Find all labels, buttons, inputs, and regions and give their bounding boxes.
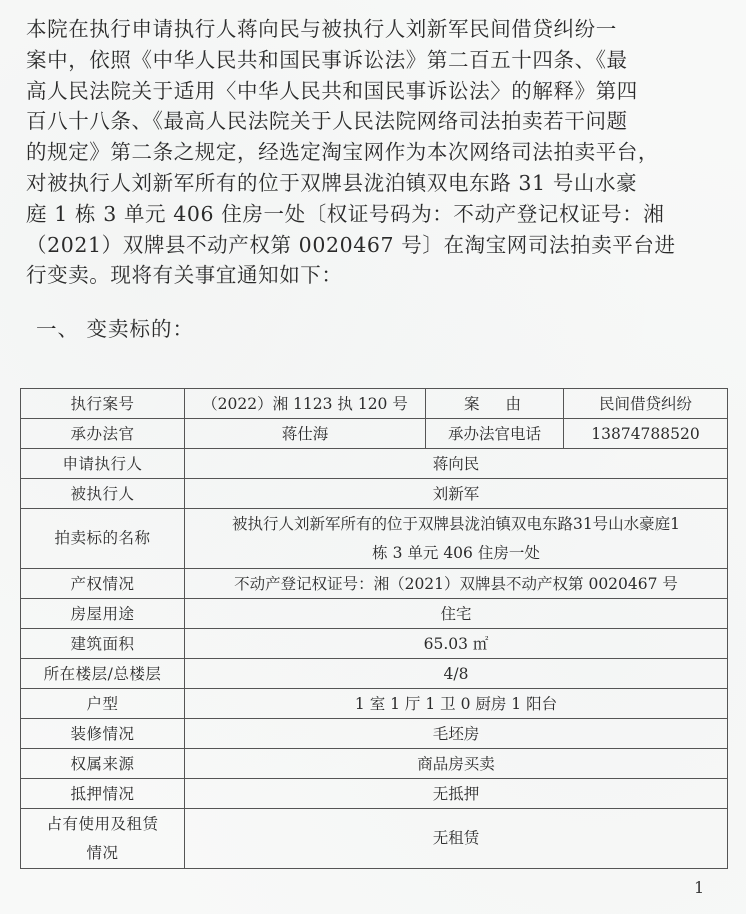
mortgage-value: 无抵押 — [185, 779, 728, 809]
judge-value: 蒋仕海 — [185, 419, 426, 449]
judge-phone-value: 13874788520 — [564, 419, 728, 449]
floor-value: 4/8 — [185, 659, 728, 689]
table-row: 执行案号 （2022）湘 1123 执 120 号 案由 民间借贷纠纷 — [21, 389, 728, 419]
applicant-value: 蒋向民 — [185, 449, 728, 479]
ownership-source-value: 商品房买卖 — [185, 749, 728, 779]
case-cause-label: 案由 — [426, 389, 564, 419]
decoration-value: 毛坯房 — [185, 719, 728, 749]
paragraph-line: 庭 1 栋 3 单元 406 住房一处〔权证号码为：不动产登记权证号：湘 — [26, 199, 726, 230]
respondent-label: 被执行人 — [21, 479, 185, 509]
table-row: 所在楼层/总楼层 4/8 — [21, 659, 728, 689]
table-row: 户型 1 室 1 厅 1 卫 0 厨房 1 阳台 — [21, 689, 728, 719]
auction-name-value: 被执行人刘新军所有的位于双牌县泷泊镇双电东路31号山水豪庭1 栋 3 单元 40… — [185, 509, 728, 569]
layout-label: 户型 — [21, 689, 185, 719]
table-row: 占有使用及租赁 情况 无租赁 — [21, 809, 728, 869]
paragraph-line: 百八十八条、《最高人民法院关于人民法院网络司法拍卖若干问题 — [26, 106, 726, 137]
layout-value: 1 室 1 厅 1 卫 0 厨房 1 阳台 — [185, 689, 728, 719]
paragraph-line: 行变卖。现将有关事宜通知如下： — [26, 260, 726, 291]
occupancy-label-line: 占有使用及租赁 — [25, 810, 180, 839]
property-rights-label: 产权情况 — [21, 569, 185, 599]
paragraph-line: 案中，依照《中华人民共和国民事诉讼法》第二百五十四条、《最 — [26, 45, 726, 76]
case-number-value: （2022）湘 1123 执 120 号 — [185, 389, 426, 419]
case-number-label: 执行案号 — [21, 389, 185, 419]
table-row: 房屋用途 住宅 — [21, 599, 728, 629]
house-usage-label: 房屋用途 — [21, 599, 185, 629]
house-usage-value: 住宅 — [185, 599, 728, 629]
table-row: 承办法官 蒋仕海 承办法官电话 13874788520 — [21, 419, 728, 449]
property-rights-value: 不动产登记权证号：湘（2021）双牌县不动产权第 0020467 号 — [185, 569, 728, 599]
auction-name-line: 栋 3 单元 406 住房一处 — [189, 539, 723, 568]
paragraph-line: （2021）双牌县不动产权第 0020467 号〕在淘宝网司法拍卖平台进 — [26, 230, 726, 261]
case-cause-value: 民间借贷纠纷 — [564, 389, 728, 419]
occupancy-label-line: 情况 — [25, 839, 180, 868]
floor-area-value: 65.03 ㎡ — [185, 629, 728, 659]
respondent-value: 刘新军 — [185, 479, 728, 509]
paragraph-line: 对被执行人刘新军所有的位于双牌县泷泊镇双电东路 31 号山水豪 — [26, 168, 726, 199]
table-row: 产权情况 不动产登记权证号：湘（2021）双牌县不动产权第 0020467 号 — [21, 569, 728, 599]
occupancy-label: 占有使用及租赁 情况 — [21, 809, 185, 869]
table-row: 拍卖标的名称 被执行人刘新军所有的位于双牌县泷泊镇双电东路31号山水豪庭1 栋 … — [21, 509, 728, 569]
judge-label: 承办法官 — [21, 419, 185, 449]
applicant-label: 申请执行人 — [21, 449, 185, 479]
auction-subject-table: 执行案号 （2022）湘 1123 执 120 号 案由 民间借贷纠纷 承办法官… — [20, 388, 728, 869]
paragraph-line: 高人民法院关于适用〈中华人民共和国民事诉讼法〉的解释》第四 — [26, 76, 726, 107]
section-heading: 一、 变卖标的： — [36, 312, 194, 342]
table-row: 抵押情况 无抵押 — [21, 779, 728, 809]
table-row: 被执行人 刘新军 — [21, 479, 728, 509]
decoration-label: 装修情况 — [21, 719, 185, 749]
table-row: 建筑面积 65.03 ㎡ — [21, 629, 728, 659]
notice-paragraph: 本院在执行申请执行人蒋向民与被执行人刘新军民间借贷纠纷一 案中，依照《中华人民共… — [26, 14, 726, 291]
table-row: 申请执行人 蒋向民 — [21, 449, 728, 479]
ownership-source-label: 权属来源 — [21, 749, 185, 779]
table-row: 权属来源 商品房买卖 — [21, 749, 728, 779]
floor-label: 所在楼层/总楼层 — [21, 659, 185, 689]
occupancy-value: 无租赁 — [185, 809, 728, 869]
auction-name-line: 被执行人刘新军所有的位于双牌县泷泊镇双电东路31号山水豪庭1 — [189, 510, 723, 539]
table-row: 装修情况 毛坯房 — [21, 719, 728, 749]
paragraph-line: 本院在执行申请执行人蒋向民与被执行人刘新军民间借贷纠纷一 — [26, 14, 726, 45]
auction-name-label: 拍卖标的名称 — [21, 509, 185, 569]
judge-phone-label: 承办法官电话 — [426, 419, 564, 449]
page-number: 1 — [694, 878, 704, 897]
document-page: 本院在执行申请执行人蒋向民与被执行人刘新军民间借贷纠纷一 案中，依照《中华人民共… — [0, 0, 746, 914]
mortgage-label: 抵押情况 — [21, 779, 185, 809]
paragraph-line: 的规定》第二条之规定，经选定淘宝网作为本次网络司法拍卖平台， — [26, 137, 726, 168]
floor-area-label: 建筑面积 — [21, 629, 185, 659]
